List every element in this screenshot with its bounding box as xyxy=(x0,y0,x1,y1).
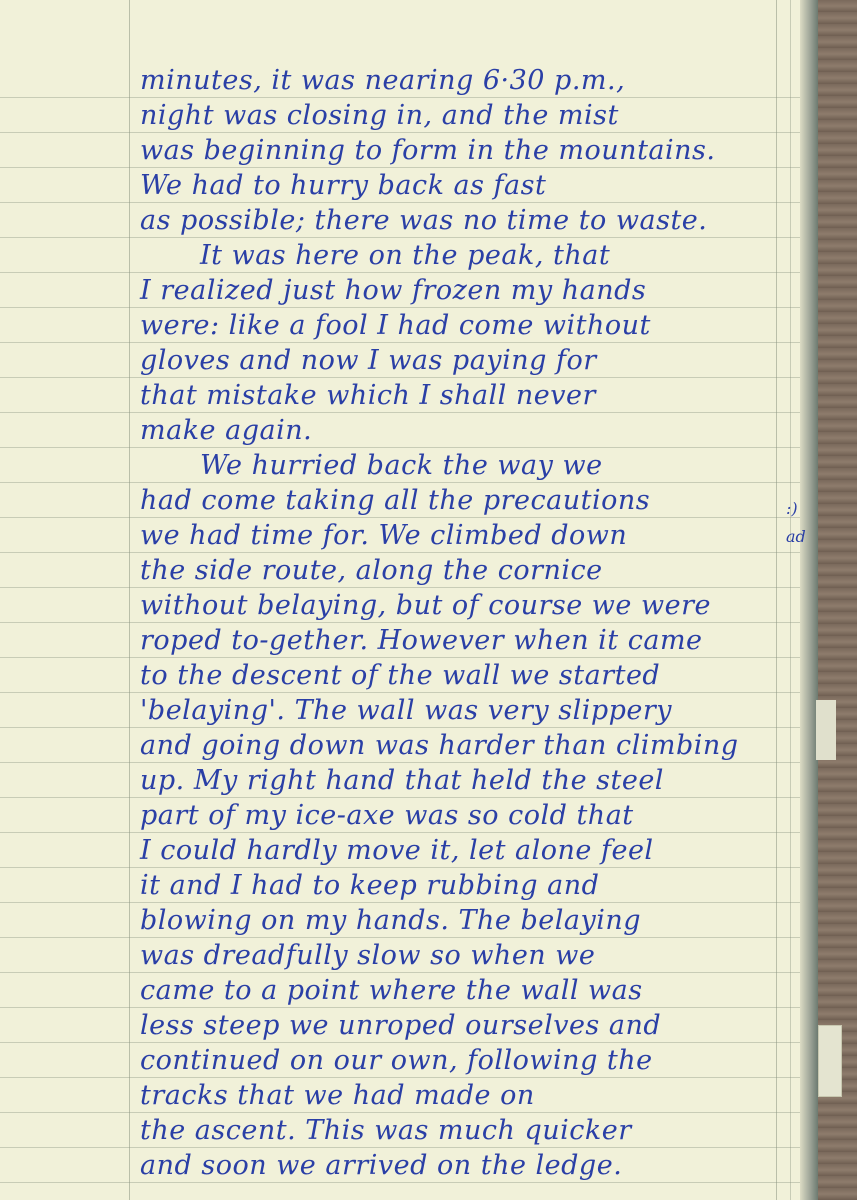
text-line: I could hardly move it, let alone feel xyxy=(140,833,780,868)
handwritten-text: minutes, it was nearing 6·30 p.m.,night … xyxy=(140,63,780,1183)
text-line: and going down was harder than climbing xyxy=(140,728,780,763)
margin-note-line: ad xyxy=(786,523,806,551)
text-line: gloves and now I was paying for xyxy=(140,343,780,378)
margin-note: :) ad xyxy=(786,495,806,551)
text-line: came to a point where the wall was xyxy=(140,973,780,1008)
text-line: to the descent of the wall we started xyxy=(140,658,780,693)
text-line: blowing on my hands. The belaying xyxy=(140,903,780,938)
text-line: It was here on the peak, that xyxy=(140,238,780,273)
notebook-cover xyxy=(818,0,857,1200)
text-line: as possible; there was no time to waste. xyxy=(140,203,780,238)
text-line: that mistake which I shall never xyxy=(140,378,780,413)
text-line: and soon we arrived on the ledge. xyxy=(140,1148,780,1183)
margin-note-line: :) xyxy=(786,495,806,523)
text-line: I realized just how frozen my hands xyxy=(140,273,780,308)
text-line: We hurried back the way we xyxy=(140,448,780,483)
text-line: minutes, it was nearing 6·30 p.m., xyxy=(140,63,780,98)
text-line: tracks that we had made on xyxy=(140,1078,780,1113)
text-line: less steep we unroped ourselves and xyxy=(140,1008,780,1043)
text-line: part of my ice-axe was so cold that xyxy=(140,798,780,833)
text-line: continued on our own, following the xyxy=(140,1043,780,1078)
text-line: night was closing in, and the mist xyxy=(140,98,780,133)
text-line: were: like a fool I had come without xyxy=(140,308,780,343)
left-margin-rule xyxy=(129,0,130,1200)
text-line: was beginning to form in the mountains. xyxy=(140,133,780,168)
text-line: up. My right hand that held the steel xyxy=(140,763,780,798)
text-line: was dreadfully slow so when we xyxy=(140,938,780,973)
page-edge xyxy=(800,0,818,1200)
text-line: We had to hurry back as fast xyxy=(140,168,780,203)
right-margin-rule-secondary xyxy=(790,0,791,1200)
text-line: make again. xyxy=(140,413,780,448)
page-tab-lower xyxy=(818,1025,842,1097)
text-line: had come taking all the precautions xyxy=(140,483,780,518)
text-line: the ascent. This was much quicker xyxy=(140,1113,780,1148)
text-line: without belaying, but of course we were xyxy=(140,588,780,623)
text-line: we had time for. We climbed down xyxy=(140,518,780,553)
text-line: it and I had to keep rubbing and xyxy=(140,868,780,903)
text-line: the side route, along the cornice xyxy=(140,553,780,588)
text-line: 'belaying'. The wall was very slippery xyxy=(140,693,780,728)
page-tab-upper xyxy=(816,700,836,760)
text-line: roped to-gether. However when it came xyxy=(140,623,780,658)
